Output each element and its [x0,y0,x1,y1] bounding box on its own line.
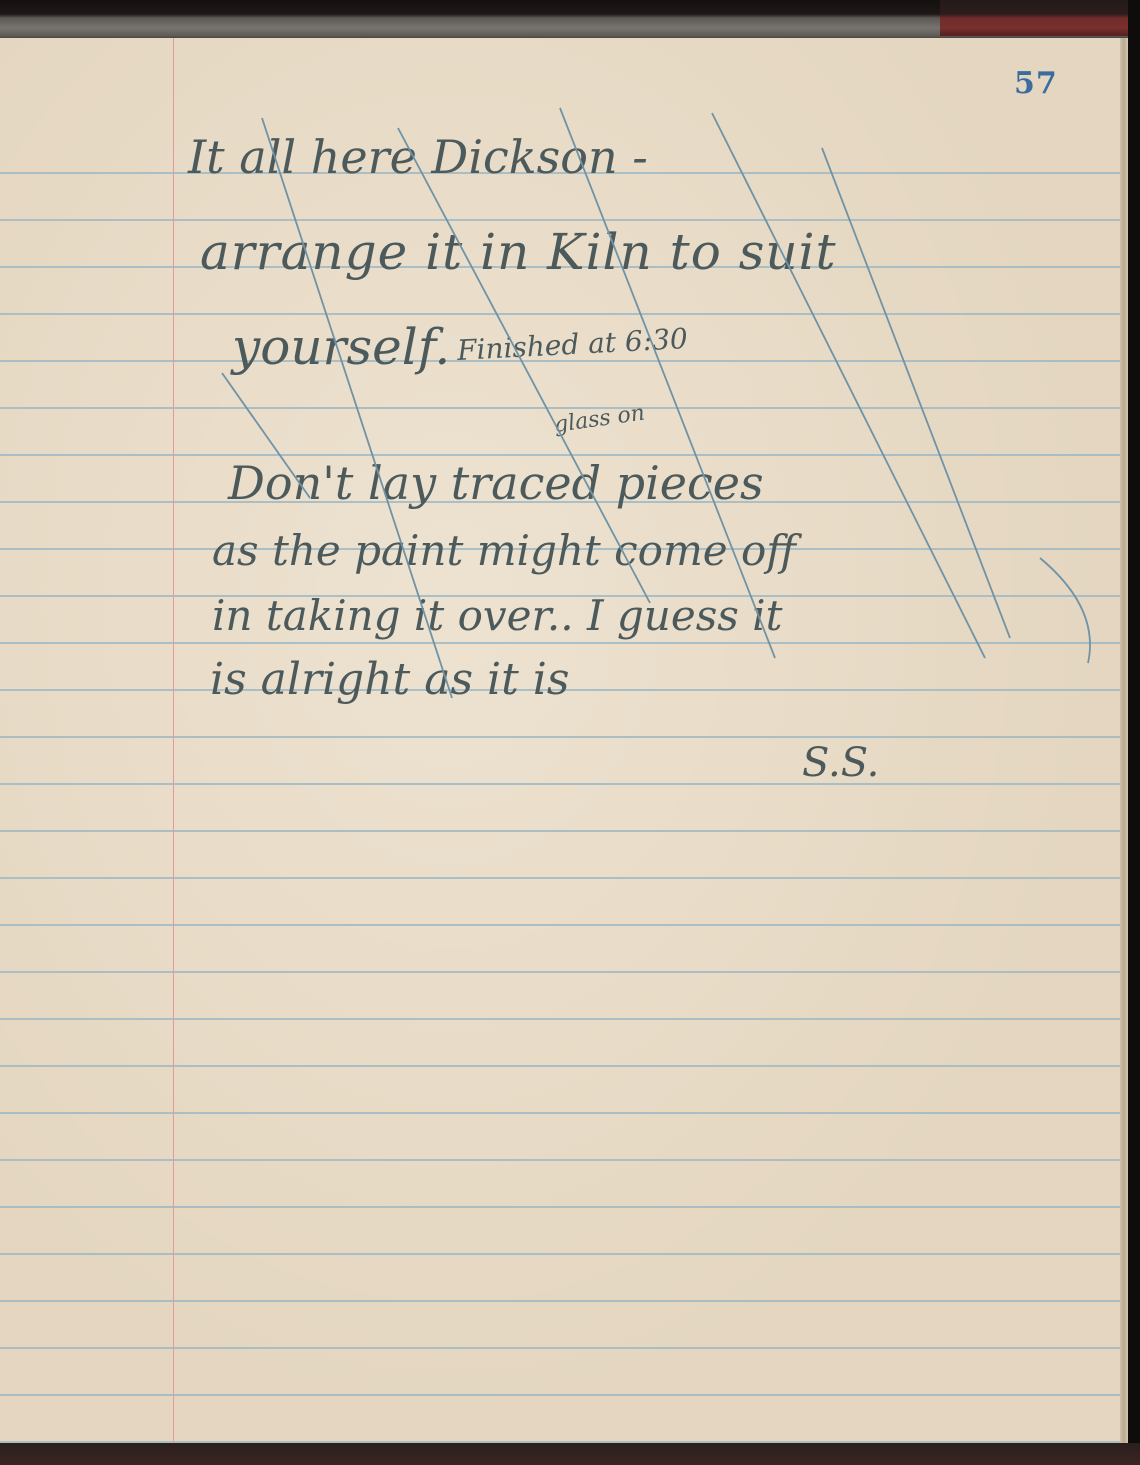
book-spine-shadow [1128,0,1140,1465]
bottom-cover [0,1443,1140,1465]
top-binding-red-cover [940,0,1140,36]
strike-through-lines [0,38,1125,1443]
notebook-page: 57 It all here Dickson - arrange it in K… [0,38,1125,1443]
notebook-scan: 57 It all here Dickson - arrange it in K… [0,0,1140,1465]
page-edge [1120,38,1128,1448]
